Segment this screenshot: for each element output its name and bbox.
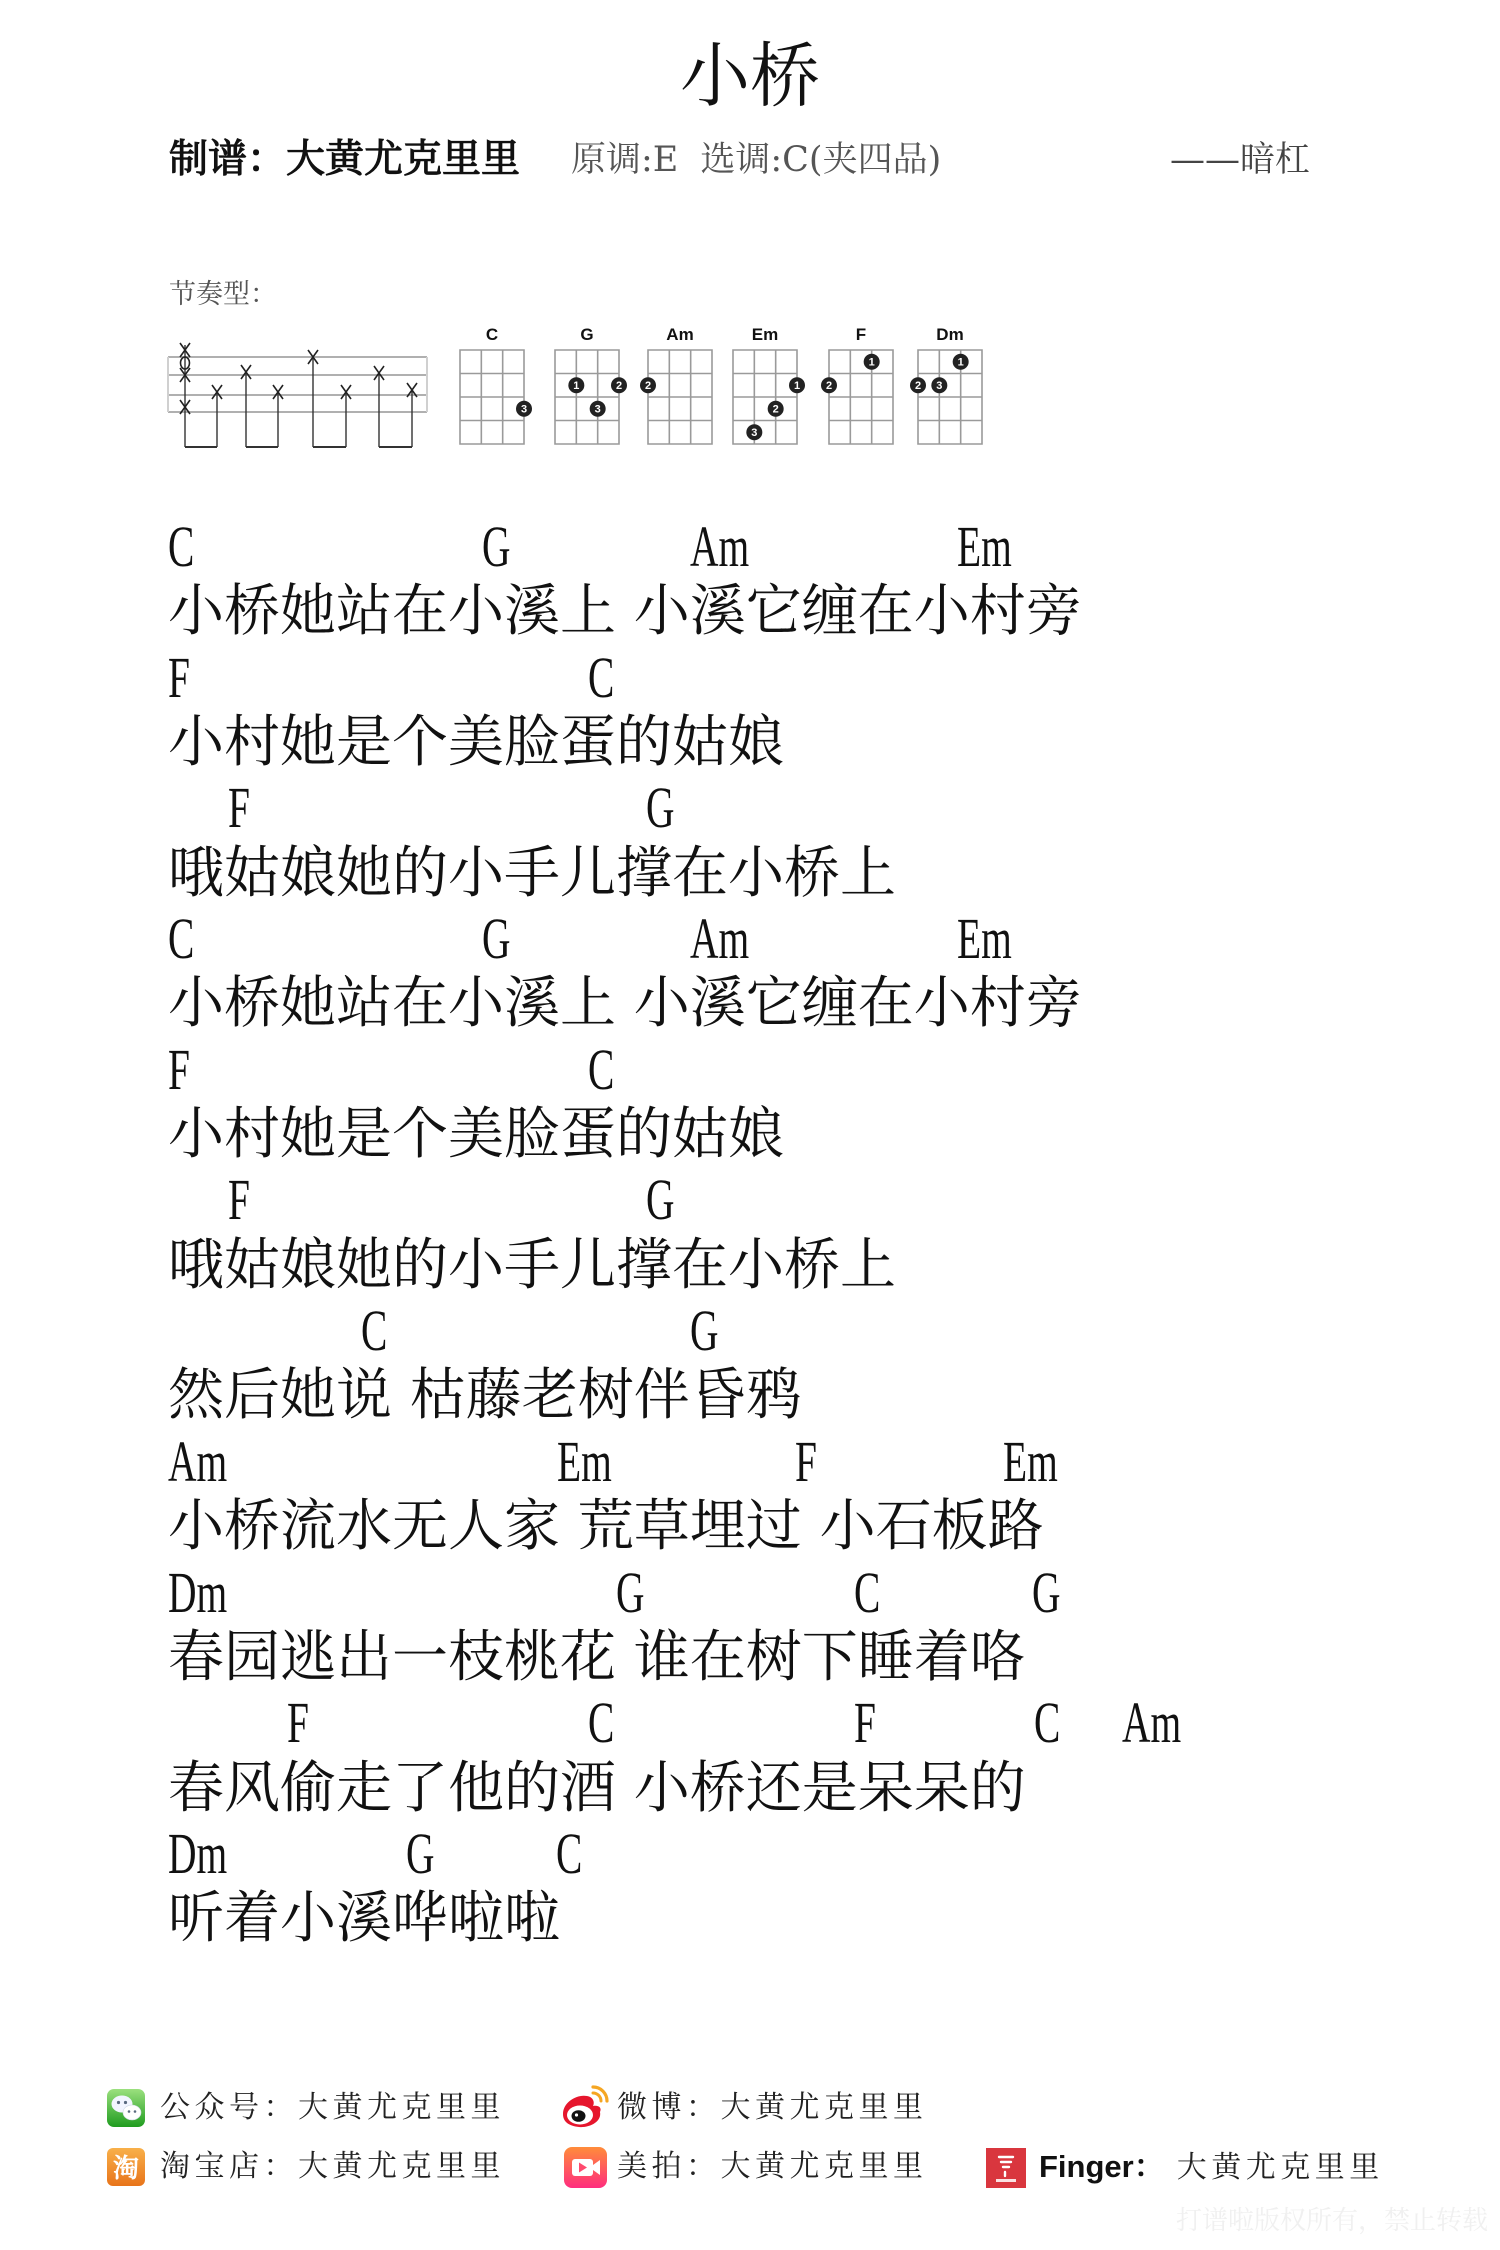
chord-line: Dm G C G <box>0 1560 1500 1625</box>
lyric-line: 小桥她站在小溪上 小溪它缠在小村旁 <box>0 971 1500 1036</box>
footer-weibo: 微博：大黄尤克里里 <box>617 2088 928 2128</box>
chord-line: Dm G C <box>0 1821 1500 1886</box>
meipai-icon <box>564 2147 607 2188</box>
chord-diagram-name: C <box>486 325 498 344</box>
finger-dot: 1 <box>568 377 584 393</box>
chord-diagram-name: Am <box>666 325 693 344</box>
chord-diagram-c: C 3 <box>460 325 532 444</box>
chosen-key: 选调:C(夹四品) <box>700 140 941 180</box>
chord-symbol: C <box>556 1821 582 1886</box>
finger-dot: 3 <box>590 401 606 417</box>
copyright-watermark: 打谱啦版权所有，禁止转载 <box>1176 2204 1488 2238</box>
finger-dot: 3 <box>516 401 532 417</box>
chord-symbol: C <box>361 1298 387 1363</box>
chord-symbol: G <box>646 775 674 840</box>
footer-label: 公众号： <box>160 2090 298 2125</box>
chord-symbol: Am <box>168 1429 227 1494</box>
svg-text:3: 3 <box>751 427 757 439</box>
chord-symbol: G <box>616 1560 644 1625</box>
chord-symbol: F <box>228 1167 250 1232</box>
chord-diagram-f: F 1 2 <box>821 325 893 444</box>
chord-symbol: Em <box>1003 1429 1058 1494</box>
svg-text:1: 1 <box>794 380 800 392</box>
footer-wechat: 公众号：大黄尤克里里 <box>160 2088 505 2128</box>
finger-dot: 2 <box>640 377 656 393</box>
footer-label: 淘宝店： <box>160 2149 298 2184</box>
footer-value: 大黄尤克里里 <box>298 2149 505 2184</box>
chord-symbol: Em <box>957 906 1012 971</box>
chord-diagram-name: Em <box>752 325 778 344</box>
chord-diagram-name: F <box>856 325 866 344</box>
svg-text:3: 3 <box>936 380 942 392</box>
chord-symbol: C <box>588 645 614 710</box>
chord-line: F C F C Am <box>0 1690 1500 1755</box>
lyric-line: 哦姑娘她的小手儿撑在小桥上 <box>0 841 1500 906</box>
svg-text:2: 2 <box>773 404 779 416</box>
lyric-line: 小桥她站在小溪上 小溪它缠在小村旁 <box>0 579 1500 644</box>
chord-line: F C <box>0 645 1500 710</box>
chord-diagram-dm: Dm 1 2 3 <box>910 325 982 444</box>
chord-line: F G <box>0 1167 1500 1232</box>
chord-symbol: C <box>1034 1690 1060 1755</box>
svg-text:1: 1 <box>573 380 579 392</box>
chord-line: F C <box>0 1037 1500 1102</box>
footer-value: 大黄尤克里里 <box>721 2149 928 2184</box>
song-title: 小桥 <box>0 38 1500 114</box>
lyric-line: 春风偷走了他的酒 小桥还是呆呆的 <box>0 1756 1500 1821</box>
finger-dot: 2 <box>910 377 926 393</box>
svg-text:3: 3 <box>595 404 601 416</box>
strum-x-marks <box>180 343 417 414</box>
chord-symbol: F <box>228 775 250 840</box>
svg-text:2: 2 <box>645 380 651 392</box>
lyric-line: 小村她是个美脸蛋的姑娘 <box>0 710 1500 775</box>
rhythm-label: 节奏型： <box>169 279 277 311</box>
chord-symbol: Em <box>957 514 1012 579</box>
footer-meipai: 美拍：大黄尤克里里 <box>617 2147 928 2187</box>
arranger-name: 大黄尤克里里 <box>286 137 520 182</box>
chord-line: F G <box>0 775 1500 840</box>
chord-line: C G Am Em <box>0 514 1500 579</box>
chord-line: C G <box>0 1298 1500 1363</box>
finger-dot: 2 <box>611 377 627 393</box>
footer-label: 美拍： <box>617 2149 721 2184</box>
chord-symbol: F <box>168 1037 190 1102</box>
svg-text:1: 1 <box>958 357 964 369</box>
chord-symbol: Am <box>690 514 749 579</box>
chord-symbol: F <box>168 645 190 710</box>
chord-diagram-g: G 1 2 3 <box>555 325 627 444</box>
finger-dot: 1 <box>953 354 969 370</box>
svg-text:2: 2 <box>826 380 832 392</box>
lyric-line: 听着小溪哗啦啦 <box>0 1886 1500 1951</box>
chord-symbol: C <box>168 514 194 579</box>
footer-value: 大黄尤克里里 <box>1177 2150 1384 2185</box>
chord-line: C G Am Em <box>0 906 1500 971</box>
chord-symbol: G <box>1032 1560 1060 1625</box>
arranger-label: 制谱： <box>169 137 286 182</box>
footer-finger: Finger：大黄尤克里里 <box>1039 2147 1384 2188</box>
chord-symbol: Am <box>1122 1690 1181 1755</box>
chord-symbol: C <box>168 906 194 971</box>
chord-diagrams: C 3 G 1 2 3 Am 2 Em 1 2 3 F 1 2 Dm 1 2 3 <box>440 315 1000 455</box>
weibo-icon <box>559 2082 613 2130</box>
wechat-icon <box>107 2089 145 2127</box>
chord-symbol: C <box>588 1690 614 1755</box>
chord-symbol: C <box>854 1560 880 1625</box>
chord-symbol: C <box>588 1037 614 1102</box>
footer-taobao: 淘宝店：大黄尤克里里 <box>160 2147 505 2187</box>
finger-dot: 1 <box>864 354 880 370</box>
finger-dot: 3 <box>746 424 762 440</box>
rhythm-pattern <box>160 330 440 455</box>
svg-text:2: 2 <box>616 380 622 392</box>
svg-text:2: 2 <box>915 380 921 392</box>
chord-symbol: F <box>795 1429 817 1494</box>
chord-symbol: Dm <box>168 1560 227 1625</box>
chord-diagram-name: G <box>580 325 593 344</box>
chord-diagram-am: Am 2 <box>640 325 712 444</box>
lyric-line: 春园逃出一枝桃花 谁在树下睡着咯 <box>0 1625 1500 1690</box>
chord-diagram-em: Em 1 2 3 <box>733 325 805 444</box>
chord-symbol: Dm <box>168 1821 227 1886</box>
chord-symbol: G <box>646 1167 674 1232</box>
chord-symbol: G <box>406 1821 434 1886</box>
taobao-icon: 淘 <box>107 2148 145 2186</box>
svg-text:3: 3 <box>521 404 527 416</box>
lyric-line: 然后她说 枯藤老树伴昏鸦 <box>0 1363 1500 1428</box>
finger-dot: 3 <box>931 377 947 393</box>
finger-icon <box>986 2148 1026 2188</box>
lyric-line: 小村她是个美脸蛋的姑娘 <box>0 1102 1500 1167</box>
rhythm-staff <box>168 357 427 412</box>
chord-diagram-name: Dm <box>936 325 963 344</box>
chord-symbol: G <box>482 514 510 579</box>
svg-text:1: 1 <box>869 357 875 369</box>
footer-label: 微博： <box>617 2090 721 2125</box>
chord-symbol: G <box>482 906 510 971</box>
chord-symbol: Em <box>557 1429 612 1494</box>
arranger-credit: 制谱：大黄尤克里里 <box>169 138 520 182</box>
finger-dot: 2 <box>821 377 837 393</box>
lyric-line: 小桥流水无人家 荒草埋过 小石板路 <box>0 1494 1500 1559</box>
lyric-line: 哦姑娘她的小手儿撑在小桥上 <box>0 1233 1500 1298</box>
footer-label: Finger： <box>1039 2149 1165 2184</box>
chord-line: Am Em F Em <box>0 1429 1500 1494</box>
key-info: 原调:E选调:C(夹四品) <box>571 138 941 182</box>
chord-symbol: F <box>287 1690 309 1755</box>
chord-symbol: G <box>690 1298 718 1363</box>
footer-value: 大黄尤克里里 <box>721 2090 928 2125</box>
chord-symbol: Am <box>690 906 749 971</box>
taobao-glyph: 淘 <box>113 2154 139 2184</box>
finger-dot: 2 <box>768 401 784 417</box>
finger-dot: 1 <box>789 377 805 393</box>
original-key: 原调:E <box>571 140 678 180</box>
chord-symbol: F <box>854 1690 876 1755</box>
footer-value: 大黄尤克里里 <box>298 2090 505 2125</box>
artist-attribution: ——暗杠 <box>1170 138 1310 182</box>
song-body: C G Am Em 小桥她站在小溪上 小溪它缠在小村旁 F C 小村她是个美脸蛋… <box>0 514 1500 1952</box>
